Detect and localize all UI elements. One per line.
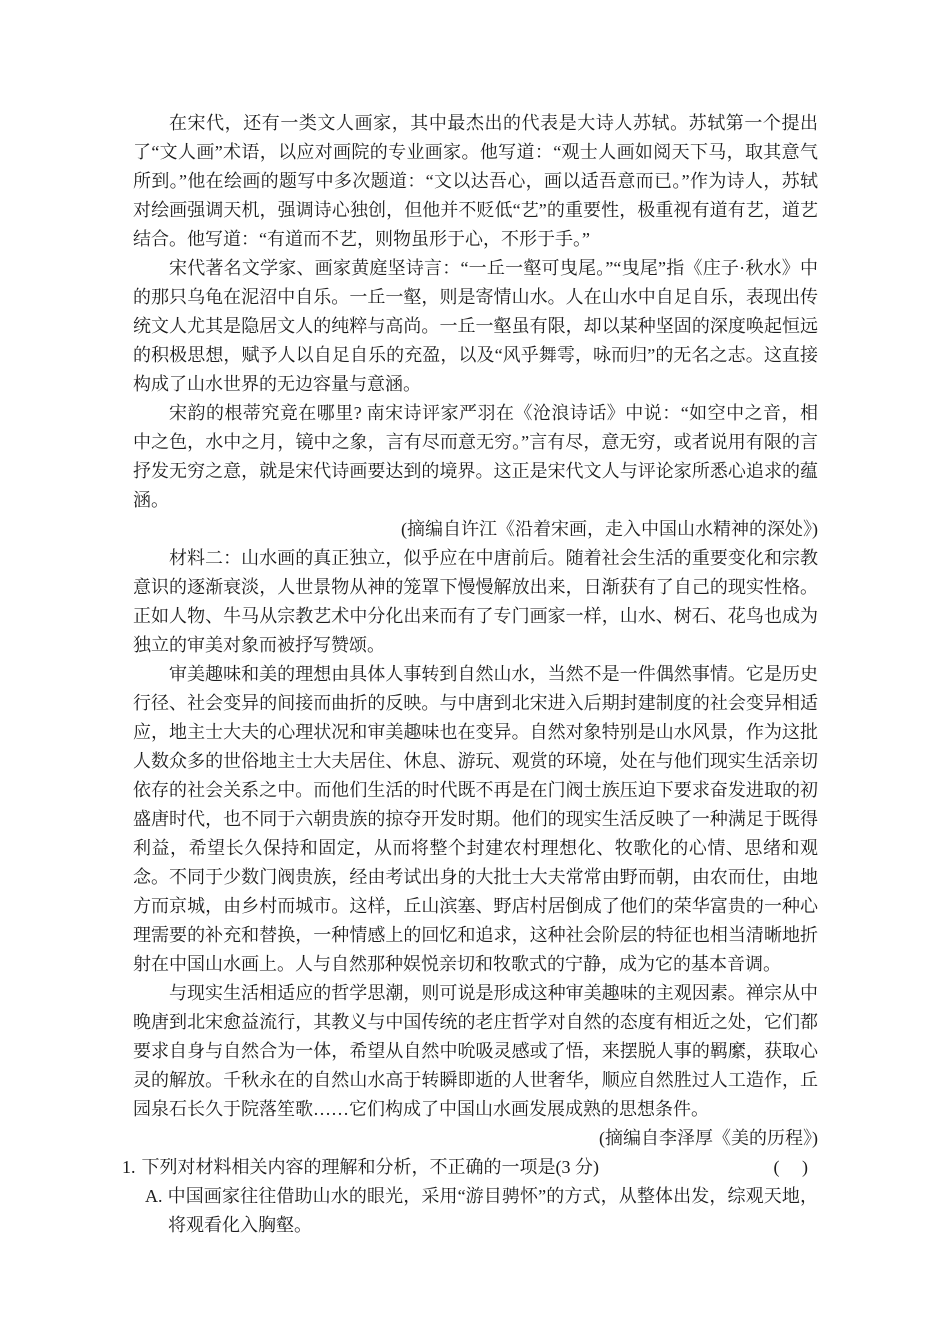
answer-blank: ( ): [774, 1153, 819, 1182]
question-number: 1.: [122, 1157, 136, 1177]
material1-citation: (摘编自许江《沿着宋画，走入中国山水精神的深处》): [133, 515, 818, 544]
option-a-text: 中国画家往往借助山水的眼光，采用“游目骋怀”的方式，从整体出发，综观天地，将观看…: [168, 1186, 819, 1235]
question-text: 下列对材料相关内容的理解和分析，不正确的一项是(3 分): [142, 1157, 600, 1177]
material2-paragraph-philosophy: 与现实生活相适应的哲学思潮，则可说是形成这种审美趣味的主观因素。禅宗从中晚唐到北…: [133, 979, 818, 1124]
material1-paragraph-sushi: 在宋代，还有一类文人画家，其中最杰出的代表是大诗人苏轼。苏轼第一个提出了“文人画…: [133, 109, 818, 254]
material2-paragraph-aesthetic-taste: 审美趣味和美的理想由具体人事转到自然山水，当然不是一件偶然事情。它是历史行径、社…: [133, 660, 818, 979]
question-1: 1.下列对材料相关内容的理解和分析，不正确的一项是(3 分) ( ): [122, 1153, 818, 1182]
material2-citation: (摘编自李泽厚《美的历程》): [133, 1124, 818, 1153]
material2-paragraph-intro: 材料二：山水画的真正独立，似乎应在中唐前后。随着社会生活的重要变化和宗教意识的逐…: [133, 544, 818, 660]
material1-paragraph-huangtingjian: 宋代著名文学家、画家黄庭坚诗言：“一丘一壑可曳尾。”“曳尾”指《庄子·秋水》中的…: [133, 254, 818, 399]
option-a: A.中国画家往往借助山水的眼光，采用“游目骋怀”的方式，从整体出发，综观天地，将…: [145, 1182, 818, 1240]
material1-paragraph-songyun: 宋韵的根蒂究竟在哪里? 南宋诗评家严羽在《沧浪诗话》中说：“如空中之音，相中之色…: [133, 399, 818, 515]
exam-page-text-block: 在宋代，还有一类文人画家，其中最杰出的代表是大诗人苏轼。苏轼第一个提出了“文人画…: [133, 109, 818, 1240]
option-a-label: A.: [145, 1186, 163, 1206]
question-1-stem: 1.下列对材料相关内容的理解和分析，不正确的一项是(3 分): [122, 1153, 599, 1182]
